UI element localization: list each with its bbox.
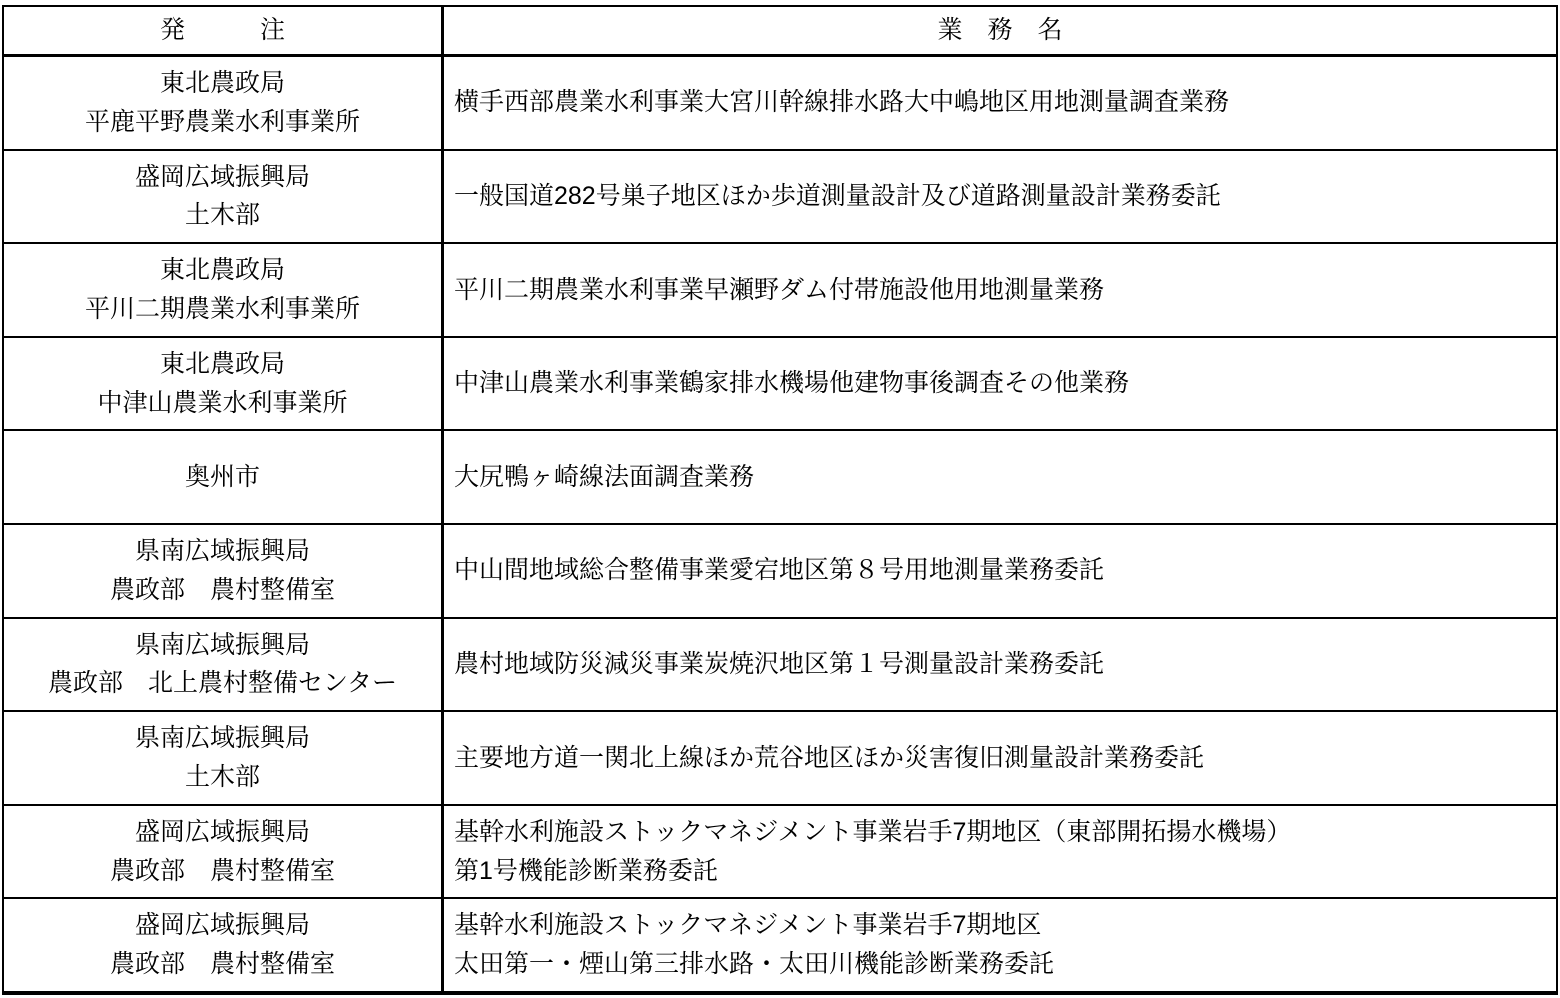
orderer-line: 農政部 農村整備室 xyxy=(110,950,335,979)
work-name-line: 平川二期農業水利事業早瀬野ダム付帯施設他用地測量業務 xyxy=(454,276,1104,305)
work-name-line: 横手西部農業水利事業大宮川幹線排水路大中嶋地区用地測量調査業務 xyxy=(454,88,1229,117)
orderer-cell: 県南広域振興局土木部 xyxy=(4,712,444,804)
orderer-line: 盛岡広域振興局 xyxy=(135,818,310,847)
work-name-cell: 横手西部農業水利事業大宮川幹線排水路大中嶋地区用地測量調査業務 xyxy=(444,57,1556,149)
work-name-cell: 中津山農業水利事業鶴家排水機場他建物事後調査その他業務 xyxy=(444,338,1556,430)
orderer-cell: 東北農政局中津山農業水利事業所 xyxy=(4,338,444,430)
orderer-cell: 県南広域振興局農政部 農村整備室 xyxy=(4,525,444,617)
work-name-cell: 主要地方道一関北上線ほか荒谷地区ほか災害復旧測量設計業務委託 xyxy=(444,712,1556,804)
table-row: 盛岡広域振興局土木部 一般国道282号巣子地区ほか歩道測量設計及び道路測量設計業… xyxy=(4,151,1556,245)
orderer-line: 中津山農業水利事業所 xyxy=(97,389,347,418)
orderer-cell: 盛岡広域振興局農政部 農村整備室 xyxy=(4,806,444,898)
work-name-line: 太田第一・煙山第三排水路・太田川機能診断業務委託 xyxy=(454,950,1054,979)
work-name-line: 第1号機能診断業務委託 xyxy=(454,857,718,886)
table-row: 東北農政局中津山農業水利事業所 中津山農業水利事業鶴家排水機場他建物事後調査その… xyxy=(4,338,1556,432)
work-name-line: 基幹水利施設ストックマネジメント事業岩手7期地区（東部開拓揚水機場） xyxy=(454,818,1291,847)
orderer-cell: 奥州市 xyxy=(4,431,444,523)
work-name-cell: 大尻鴨ヶ崎線法面調査業務 xyxy=(444,431,1556,523)
orderer-cell: 東北農政局平鹿平野農業水利事業所 xyxy=(4,57,444,149)
table-row: 盛岡広域振興局農政部 農村整備室 基幹水利施設ストックマネジメント事業岩手7期地… xyxy=(4,806,1556,900)
work-name-cell: 中山間地域総合整備事業愛宕地区第８号用地測量業務委託 xyxy=(444,525,1556,617)
work-name-cell: 平川二期農業水利事業早瀬野ダム付帯施設他用地測量業務 xyxy=(444,244,1556,336)
work-name-line: 基幹水利施設ストックマネジメント事業岩手7期地区 xyxy=(454,911,1041,940)
table-row: 奥州市 大尻鴨ヶ崎線法面調査業務 xyxy=(4,431,1556,525)
header-work-name: 業 務 名 xyxy=(444,7,1556,54)
orderer-line: 農政部 北上農村整備センター xyxy=(48,669,397,698)
work-name-line: 中津山農業水利事業鶴家排水機場他建物事後調査その他業務 xyxy=(454,369,1129,398)
orderer-line: 県南広域振興局 xyxy=(135,537,310,566)
procurement-table: 発 注 業 務 名 東北農政局平鹿平野農業水利事業所 横手西部農業水利事業大宮川… xyxy=(2,5,1558,995)
orderer-cell: 盛岡広域振興局農政部 農村整備室 xyxy=(4,899,444,991)
work-name-cell: 一般国道282号巣子地区ほか歩道測量設計及び道路測量設計業務委託 xyxy=(444,151,1556,243)
work-name-cell: 基幹水利施設ストックマネジメント事業岩手7期地区太田第一・煙山第三排水路・太田川… xyxy=(444,899,1556,991)
orderer-line: 県南広域振興局 xyxy=(135,724,310,753)
orderer-cell: 盛岡広域振興局土木部 xyxy=(4,151,444,243)
work-name-line: 中山間地域総合整備事業愛宕地区第８号用地測量業務委託 xyxy=(454,556,1104,585)
orderer-line: 盛岡広域振興局 xyxy=(135,911,310,940)
table-body: 東北農政局平鹿平野農業水利事業所 横手西部農業水利事業大宮川幹線排水路大中嶋地区… xyxy=(4,57,1556,991)
orderer-line: 農政部 農村整備室 xyxy=(110,576,335,605)
orderer-line: 東北農政局 xyxy=(160,69,285,98)
work-name-cell: 基幹水利施設ストックマネジメント事業岩手7期地区（東部開拓揚水機場）第1号機能診… xyxy=(444,806,1556,898)
orderer-line: 農政部 農村整備室 xyxy=(110,857,335,886)
orderer-line: 東北農政局 xyxy=(160,350,285,379)
table-row: 盛岡広域振興局農政部 農村整備室 基幹水利施設ストックマネジメント事業岩手7期地… xyxy=(4,899,1556,991)
work-name-line: 一般国道282号巣子地区ほか歩道測量設計及び道路測量設計業務委託 xyxy=(454,182,1221,211)
work-name-line: 大尻鴨ヶ崎線法面調査業務 xyxy=(454,463,754,492)
table-row: 東北農政局平鹿平野農業水利事業所 横手西部農業水利事業大宮川幹線排水路大中嶋地区… xyxy=(4,57,1556,151)
table-row: 県南広域振興局農政部 農村整備室 中山間地域総合整備事業愛宕地区第８号用地測量業… xyxy=(4,525,1556,619)
orderer-cell: 県南広域振興局農政部 北上農村整備センター xyxy=(4,619,444,711)
header-orderer: 発 注 xyxy=(4,7,444,54)
orderer-cell: 東北農政局平川二期農業水利事業所 xyxy=(4,244,444,336)
orderer-line: 盛岡広域振興局 xyxy=(135,163,310,192)
work-name-line: 主要地方道一関北上線ほか荒谷地区ほか災害復旧測量設計業務委託 xyxy=(454,744,1204,773)
orderer-line: 土木部 xyxy=(185,201,260,230)
table-row: 県南広域振興局農政部 北上農村整備センター 農村地域防災減災事業炭焼沢地区第１号… xyxy=(4,619,1556,713)
work-name-cell: 農村地域防災減災事業炭焼沢地区第１号測量設計業務委託 xyxy=(444,619,1556,711)
table-row: 東北農政局平川二期農業水利事業所 平川二期農業水利事業早瀬野ダム付帯施設他用地測… xyxy=(4,244,1556,338)
orderer-line: 平鹿平野農業水利事業所 xyxy=(85,108,360,137)
orderer-line: 東北農政局 xyxy=(160,256,285,285)
table-row: 県南広域振興局土木部 主要地方道一関北上線ほか荒谷地区ほか災害復旧測量設計業務委… xyxy=(4,712,1556,806)
orderer-line: 県南広域振興局 xyxy=(135,631,310,660)
table-header-row: 発 注 業 務 名 xyxy=(4,7,1556,57)
orderer-line: 土木部 xyxy=(185,763,260,792)
orderer-line: 平川二期農業水利事業所 xyxy=(85,295,360,324)
work-name-line: 農村地域防災減災事業炭焼沢地区第１号測量設計業務委託 xyxy=(454,650,1104,679)
orderer-line: 奥州市 xyxy=(185,463,260,492)
